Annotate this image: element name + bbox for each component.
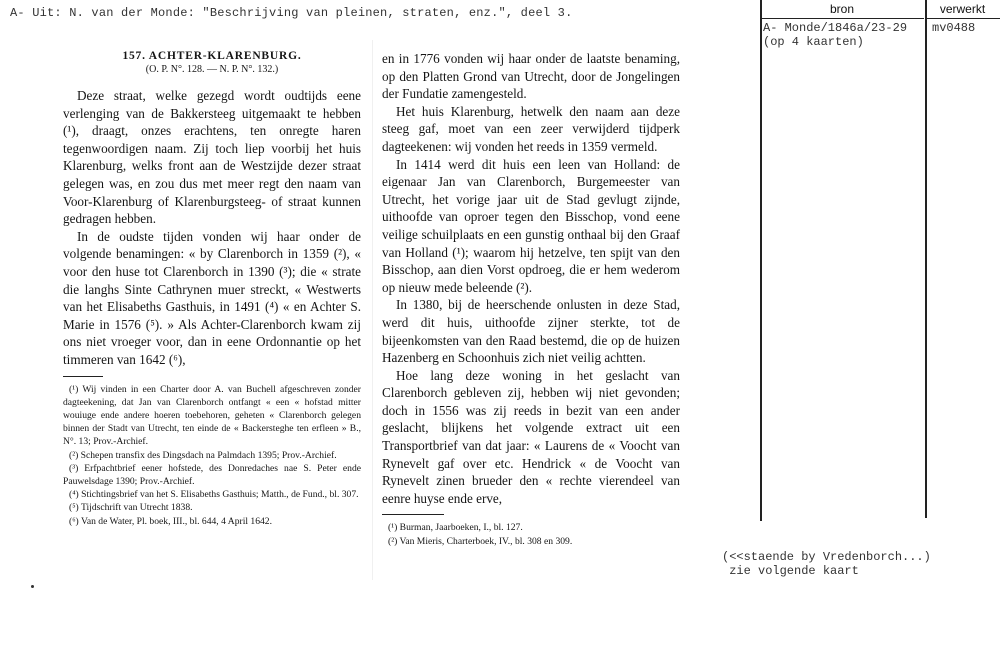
- table-left-border: [760, 0, 762, 521]
- footnote: (¹) Burman, Jaarboeken, I., bl. 127.: [382, 521, 680, 534]
- right-footnotes: (¹) Burman, Jaarboeken, I., bl. 127. (²)…: [382, 521, 680, 547]
- right-body: en in 1776 vonden wij haar onder de laat…: [382, 50, 680, 507]
- footnote: (¹) Wij vinden in een Charter door A. va…: [63, 383, 361, 449]
- page-left-column: 157. ACHTER-KLARENBURG. (O. P. N°. 128. …: [63, 50, 361, 528]
- entry-title: 157. ACHTER-KLARENBURG.: [63, 50, 361, 62]
- footnote: (³) Erfpachtbrief eener hofstede, des Do…: [63, 462, 361, 488]
- footnote: (⁵) Tijdschrift van Utrecht 1838.: [63, 501, 361, 514]
- bron-value: A- Monde/1846a/23-29 (op 4 kaarten): [763, 21, 907, 49]
- table-column-divider: [925, 0, 927, 518]
- paragraph: en in 1776 vonden wij haar onder de laat…: [382, 50, 680, 103]
- footnote: (²) Schepen transfix des Dingsdach na Pa…: [63, 449, 361, 462]
- paragraph: Deze straat, welke gezegd wordt oudtijds…: [63, 87, 361, 228]
- left-footnotes: (¹) Wij vinden in een Charter door A. va…: [63, 383, 361, 528]
- verwerkt-value: mv0488: [932, 21, 975, 35]
- footnote: (⁶) Van de Water, Pl. boek, III., bl. 64…: [63, 515, 361, 528]
- footnote: (²) Van Mieris, Charterboek, IV., bl. 30…: [382, 535, 680, 548]
- stray-mark: [31, 585, 34, 588]
- cross-reference-note: (<<staende by Vredenborch...) zie volgen…: [722, 550, 931, 578]
- source-header-line: A- Uit: N. van der Monde: "Beschrijving …: [10, 6, 573, 20]
- paragraph: In 1380, bij de heerschende onlusten in …: [382, 296, 680, 366]
- column-header-verwerkt: verwerkt: [925, 0, 1000, 19]
- paragraph: Hoe lang deze woning in het geslacht van…: [382, 367, 680, 508]
- footnote-rule: [63, 376, 103, 377]
- footnote-rule: [382, 514, 444, 515]
- entry-subtitle: (O. P. N°. 128. — N. P. N°. 132.): [63, 64, 361, 75]
- paragraph: In de oudste tijden vonden wij haar onde…: [63, 228, 361, 369]
- column-header-bron: bron: [760, 0, 924, 19]
- page-right-column: en in 1776 vonden wij haar onder de laat…: [382, 50, 680, 548]
- paragraph: In 1414 werd dit huis een leen van Holla…: [382, 156, 680, 297]
- left-body: Deze straat, welke gezegd wordt oudtijds…: [63, 87, 361, 369]
- footnote: (⁴) Stichtingsbrief van het S. Elisabeth…: [63, 488, 361, 501]
- page-gutter: [372, 40, 373, 580]
- paragraph: Het huis Klarenburg, hetwelk den naam aa…: [382, 103, 680, 156]
- card-index-table: bron verwerkt A- Monde/1846a/23-29 (op 4…: [760, 0, 1000, 520]
